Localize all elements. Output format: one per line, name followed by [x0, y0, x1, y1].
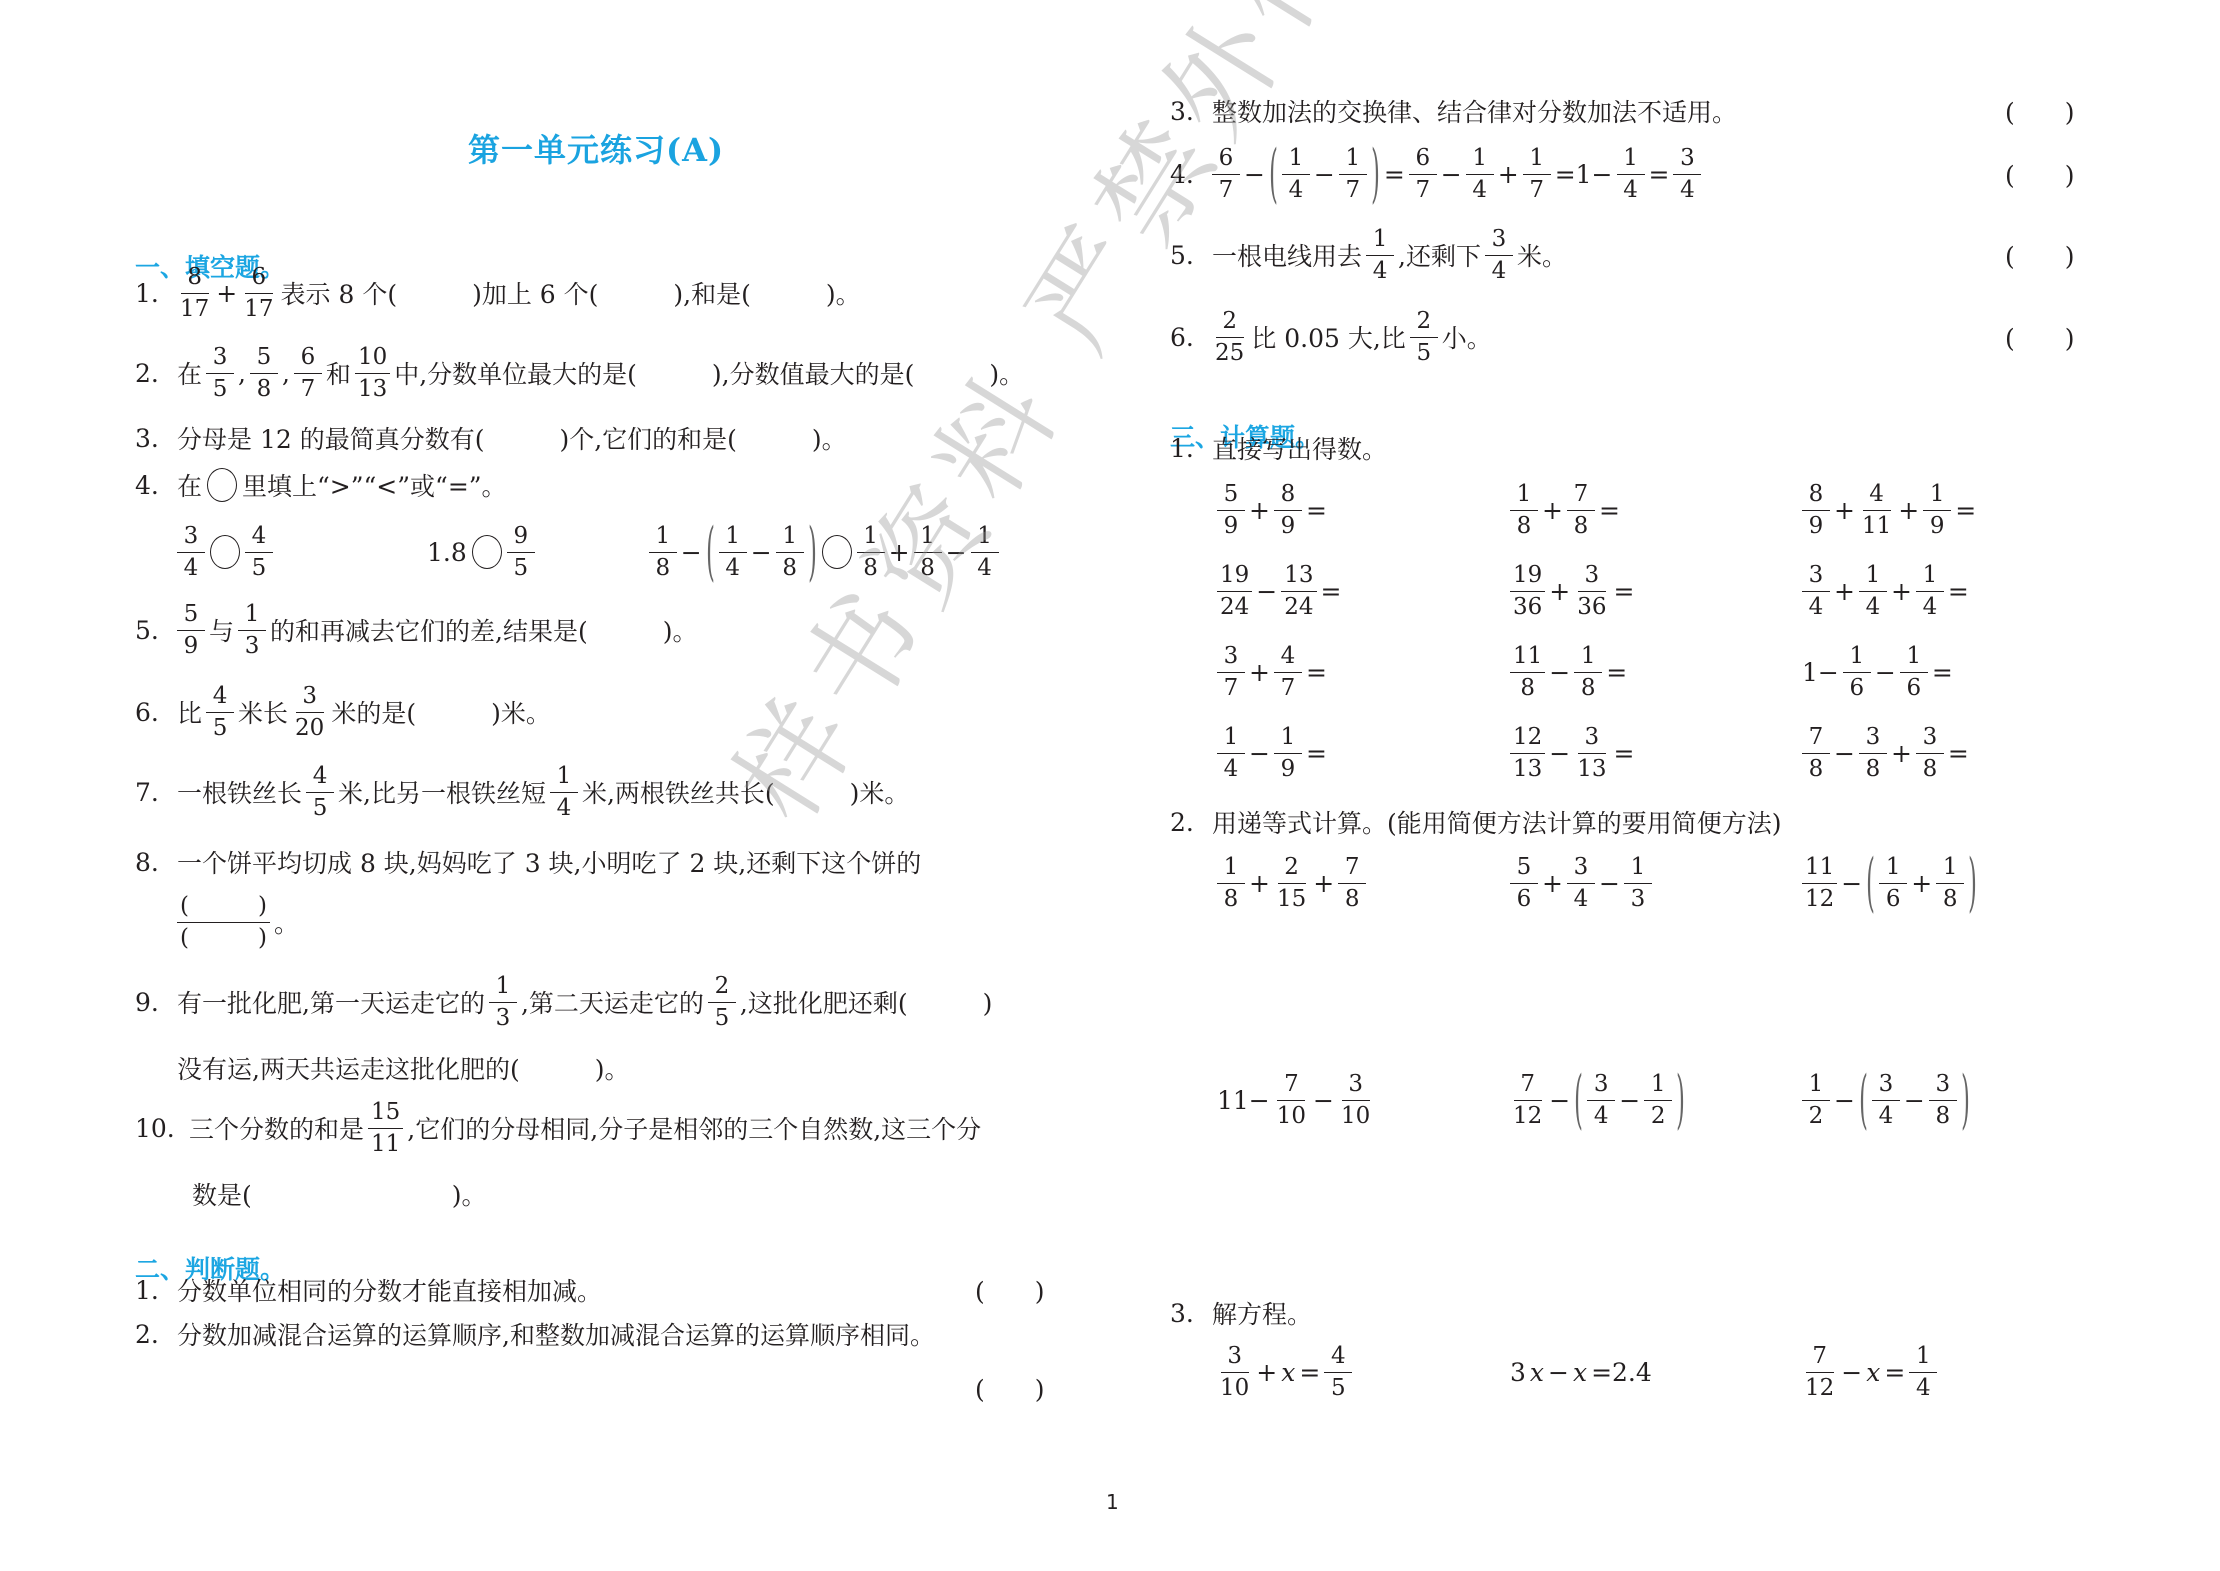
numerator: 1	[1909, 1341, 1937, 1373]
text-run: 里填上“>”“<”或“=”。	[242, 467, 507, 503]
denominator: 20	[292, 713, 327, 744]
fill-in-question: 5.59与13的和再减去它们的差,结果是( )。	[135, 598, 699, 662]
numerator: 9	[507, 521, 535, 553]
fraction: 18	[776, 521, 804, 584]
denominator: 9	[1278, 754, 1299, 785]
question-number: 2.	[1170, 808, 1210, 837]
denominator: 10	[1338, 1101, 1373, 1132]
text-run: +	[1549, 577, 1570, 606]
answer-bracket[interactable]: ( )	[2005, 223, 2075, 287]
denominator: 8	[1342, 884, 1363, 915]
fraction: 34	[1485, 224, 1513, 287]
fraction: 712	[1510, 1069, 1545, 1132]
numerator: 1	[1466, 143, 1494, 175]
numerator: 12	[1510, 722, 1545, 754]
numerator: 1	[1879, 852, 1907, 884]
question-number: 3.	[1170, 1299, 1210, 1328]
denominator: 13	[1510, 754, 1545, 785]
fraction: 34	[1587, 1069, 1615, 1132]
fraction: 14	[550, 761, 578, 824]
fraction: 34	[1872, 1069, 1900, 1132]
calc-expression: 1213−313=	[1508, 721, 1636, 785]
numerator: 2	[1410, 306, 1438, 338]
denominator: 4	[1591, 1101, 1612, 1132]
text-run: =	[1321, 577, 1342, 606]
answer-bracket[interactable]: ( )	[2005, 142, 2075, 206]
denominator: 9	[1221, 511, 1242, 542]
calc-expression: 34+14+14=	[1800, 559, 1971, 623]
text-run: x	[1530, 1358, 1544, 1387]
text-run: +	[1834, 577, 1855, 606]
fraction: 13	[238, 599, 266, 662]
text-run: 没有运,两天共运走这批化肥的( )。	[177, 1050, 629, 1086]
numerator: 3	[206, 342, 234, 374]
text-run: −	[1256, 577, 1277, 606]
numerator: 1	[1510, 479, 1538, 511]
fraction: 18	[649, 521, 677, 584]
question-number: 1.	[1170, 434, 1210, 463]
numerator: 1	[550, 761, 578, 793]
page-title: 第一单元练习(A)	[468, 125, 724, 171]
fraction: 14	[1859, 560, 1887, 623]
text-run: −	[1841, 869, 1862, 898]
fraction: 78	[1338, 852, 1366, 915]
fill-in-question: 9.有一批化肥,第一天运走它的13,第二天运走它的25,这批化肥还剩( )	[135, 970, 994, 1034]
numerator: 1	[1644, 1069, 1672, 1101]
denominator: 8	[1940, 884, 1961, 915]
right-paren: )	[1961, 1068, 1970, 1132]
numerator: 4	[1863, 479, 1891, 511]
numerator: 11	[1802, 852, 1837, 884]
denominator: 8	[917, 553, 938, 584]
text-run: +	[1249, 869, 1270, 898]
fill-in-question: 1.817+617表示 8 个( )加上 6 个( ),和是( )。	[135, 261, 863, 325]
denominator: 4	[1571, 884, 1592, 915]
numerator: 6	[245, 262, 273, 294]
text-run: 中,分数单位最大的是( ),分数值最大的是( )。	[394, 355, 1024, 391]
calc-expression: 56+34−13	[1508, 851, 1654, 915]
numerator: 3	[1217, 641, 1245, 673]
text-run: 米,比另一根铁丝短	[338, 774, 546, 810]
numerator: 3	[1916, 722, 1944, 754]
text-run: +	[1911, 869, 1932, 898]
fraction: 14	[1916, 560, 1944, 623]
question-number: 6.	[135, 698, 175, 727]
fraction: 19	[1274, 722, 1302, 785]
denominator: 8	[860, 553, 881, 584]
calc-expression: 37+47=	[1215, 640, 1329, 704]
fraction: 710	[1274, 1069, 1309, 1132]
text-run: +	[1891, 739, 1912, 768]
question-number: 1.	[135, 279, 175, 308]
fraction: 18	[1574, 641, 1602, 704]
text-run: 三个分数的和是	[189, 1110, 364, 1146]
numerator: 1	[1574, 641, 1602, 673]
text-run: =	[1306, 496, 1327, 525]
text-run: 米的是( )米。	[331, 694, 551, 730]
text-run: +	[1313, 869, 1334, 898]
denominator: 8	[1221, 884, 1242, 915]
answer-blank-fraction[interactable]: ( )( )	[177, 891, 270, 954]
denominator: 4	[1677, 175, 1698, 206]
text-run: =	[1948, 739, 1969, 768]
denominator: 5	[210, 713, 231, 744]
fraction: 215	[1274, 852, 1309, 915]
text-run: ,	[282, 359, 290, 388]
numerator: 1	[1274, 722, 1302, 754]
fraction: 59	[177, 599, 205, 662]
denominator: 13	[1574, 754, 1609, 785]
numerator: 5	[1510, 852, 1538, 884]
fraction: 1013	[355, 342, 390, 405]
denominator: 7	[298, 374, 319, 405]
fraction: 18	[1217, 852, 1245, 915]
fraction: 59	[1217, 479, 1245, 542]
fraction: 310	[1338, 1069, 1373, 1132]
denominator: 4	[1221, 754, 1242, 785]
denominator: 15	[1274, 884, 1309, 915]
right-paren: )	[808, 520, 817, 584]
fraction: 1924	[1217, 560, 1252, 623]
fraction: 14	[1282, 143, 1310, 206]
text-run: 。	[274, 904, 299, 940]
denominator: 7	[1216, 175, 1237, 206]
fraction: 67	[1409, 143, 1437, 206]
numerator: 1	[857, 521, 885, 553]
text-run: 用递等式计算。(能用简便方法计算的要用简便方法)	[1212, 804, 1782, 840]
numerator: 1	[649, 521, 677, 553]
denominator: 4	[1370, 256, 1391, 287]
numerator: 1	[1217, 722, 1245, 754]
denominator: 5	[310, 793, 331, 824]
numerator: 4	[245, 521, 273, 553]
fraction: 95	[507, 521, 535, 584]
numerator: 1	[1843, 641, 1871, 673]
text-run: +	[1542, 496, 1563, 525]
calc-expression: 118−18=	[1508, 640, 1629, 704]
question-number: 5.	[135, 616, 175, 645]
text-run: 直接写出得数。	[1212, 430, 1387, 466]
fraction: 1112	[1802, 852, 1837, 915]
numerator: 10	[355, 342, 390, 374]
text-run: −	[1549, 658, 1570, 687]
text-run: 一根铁丝长	[177, 774, 302, 810]
denominator: 12	[1510, 1101, 1545, 1132]
fraction: 18	[857, 521, 885, 584]
fraction: 320	[292, 681, 327, 744]
denominator: 17	[241, 294, 276, 325]
fraction: 16	[1843, 641, 1871, 704]
question-number: 2.	[135, 1320, 175, 1349]
numerator: 7	[1806, 1341, 1834, 1373]
fraction: 1324	[1281, 560, 1316, 623]
denominator: 8	[779, 553, 800, 584]
text-run: ,这批化肥还剩( )	[740, 984, 992, 1020]
page-number: 1	[1106, 1490, 1119, 1514]
question-number: 3.	[1170, 97, 1210, 126]
fill-in-question: 34451.89518−(14−18)18+18−14	[175, 520, 1001, 584]
text-run: −	[1599, 869, 1620, 898]
numerator: 1	[1936, 852, 1964, 884]
numerator: 7	[1338, 852, 1366, 884]
answer-bracket[interactable]: ( )	[975, 1356, 1045, 1420]
fraction: 38	[1916, 722, 1944, 785]
fill-in-question: 2.在35,58,67和1013中,分数单位最大的是( ),分数值最大的是( )…	[135, 341, 1026, 405]
answer-bracket[interactable]: ( )	[2005, 305, 2075, 369]
text-run: =	[1614, 739, 1635, 768]
question-number: 10.	[135, 1114, 187, 1143]
numerator: 1	[1617, 143, 1645, 175]
true-false-question: 6.225比 0.05 大,比25小。	[1170, 305, 1494, 369]
numerator: 13	[1281, 560, 1316, 592]
text-run: =	[1299, 1358, 1320, 1387]
fill-in-question: 数是( )。	[190, 1162, 489, 1226]
numerator: 4	[206, 681, 234, 713]
text-run: =	[1955, 496, 1976, 525]
numerator: 11	[1510, 641, 1545, 673]
text-run: 1−	[1802, 658, 1839, 687]
fraction: 45	[206, 681, 234, 744]
numerator: 1	[971, 521, 999, 553]
text-run: =	[1306, 739, 1327, 768]
fraction: 34	[177, 521, 205, 584]
numerator: 3	[1673, 143, 1701, 175]
text-run: +	[1498, 160, 1519, 189]
numerator: ( )	[177, 891, 270, 923]
fraction: 1213	[1510, 722, 1545, 785]
true-false-question: 2.分数加减混合运算的运算顺序,和整数加减混合运算的运算顺序相同。	[135, 1302, 937, 1366]
numerator: 19	[1217, 560, 1252, 592]
numerator: 3	[1802, 560, 1830, 592]
numerator: 3	[177, 521, 205, 553]
text-run: −	[1249, 739, 1270, 768]
text-run: =	[1306, 658, 1327, 687]
fraction: 45	[1324, 1341, 1352, 1404]
numerator: 1	[776, 521, 804, 553]
text-run: −	[1834, 739, 1855, 768]
fraction: 14	[719, 521, 747, 584]
text-run: 一个饼平均切成 8 块,妈妈吃了 3 块,小明吃了 2 块,还剩下这个饼的	[177, 844, 921, 880]
denominator: 8	[1920, 754, 1941, 785]
numerator: 3	[1578, 560, 1606, 592]
denominator: 2	[1648, 1101, 1669, 1132]
denominator: 6	[1847, 673, 1868, 704]
calc-expression: 18+215+78	[1215, 851, 1368, 915]
text-run: 数是( )。	[192, 1176, 487, 1212]
question-number: 1.	[135, 1276, 175, 1305]
true-false-question: 3.整数加法的交换律、结合律对分数加法不适用。	[1170, 79, 1739, 143]
fraction: 14	[971, 521, 999, 584]
numerator: 19	[1510, 560, 1545, 592]
fraction: 58	[250, 342, 278, 405]
numerator: 1	[1923, 479, 1951, 511]
text-run: +	[1256, 1358, 1277, 1387]
text-run: =1−	[1555, 160, 1613, 189]
text-run: −	[946, 538, 967, 567]
equation-expression: 3x−x=2.4	[1508, 1340, 1654, 1404]
denominator: 5	[1328, 1373, 1349, 1404]
numerator: 8	[1802, 479, 1830, 511]
text-run: 米。	[1517, 237, 1567, 273]
text-run: =	[1599, 496, 1620, 525]
fraction: 17	[1523, 143, 1551, 206]
text-run: =	[1884, 1358, 1905, 1387]
fraction: 336	[1574, 560, 1609, 623]
denominator: 5	[1413, 338, 1434, 369]
text-run: −	[1244, 160, 1265, 189]
left-paren: (	[1574, 1068, 1583, 1132]
text-run: −	[1314, 160, 1335, 189]
denominator: 8	[1517, 673, 1538, 704]
numerator: 3	[1221, 1341, 1249, 1373]
right-paren: )	[1968, 851, 1977, 915]
denominator: 6	[1903, 673, 1924, 704]
text-run: −	[1875, 658, 1896, 687]
text-run: 3	[1510, 1358, 1526, 1387]
fraction: 67	[1212, 143, 1240, 206]
denominator: 5	[510, 553, 531, 584]
fraction: 14	[1466, 143, 1494, 206]
numerator: 3	[1587, 1069, 1615, 1101]
calc-expression: 12−(34−38)	[1800, 1068, 1972, 1132]
numerator: 1	[489, 971, 517, 1003]
calc-question-direct: 1.直接写出得数。	[1170, 416, 1389, 480]
denominator: 11	[368, 1129, 403, 1160]
fraction: 712	[1802, 1341, 1837, 1404]
fraction: 38	[1859, 722, 1887, 785]
numerator: 3	[296, 681, 324, 713]
numerator: 3	[1485, 224, 1513, 256]
fraction: 34	[1567, 852, 1595, 915]
comparison-circle-blank[interactable]	[207, 468, 237, 502]
numerator: 6	[294, 342, 322, 374]
text-run: x	[1281, 1358, 1295, 1387]
fraction: 18	[1936, 852, 1964, 915]
denominator: 8	[254, 374, 275, 405]
equation-expression: 712−x=14	[1800, 1340, 1939, 1404]
numerator: 5	[1217, 479, 1245, 511]
denominator: 4	[1469, 175, 1490, 206]
text-run: ,它们的分母相同,分子是相邻的三个自然数,这三个分	[407, 1110, 981, 1146]
text-run: 米长	[238, 694, 288, 730]
true-false-question: 4.67−(14−17)=67−14+17=1−14=34	[1170, 142, 1703, 206]
text-run: x	[1573, 1358, 1587, 1387]
denominator: 4	[1286, 175, 1307, 206]
fraction: 34	[1673, 143, 1701, 206]
text-run: +	[216, 279, 237, 308]
fraction: 817	[177, 262, 212, 325]
numerator: 4	[306, 761, 334, 793]
comparison-circle-blank[interactable]	[822, 535, 852, 569]
answer-bracket[interactable]: ( )	[975, 1258, 1045, 1322]
numerator: 7	[1802, 722, 1830, 754]
denominator: 7	[1412, 175, 1433, 206]
fraction: 67	[294, 342, 322, 405]
denominator: 13	[355, 374, 390, 405]
fraction: 14	[1909, 1341, 1937, 1404]
question-number: 8.	[135, 848, 175, 877]
calc-question-stepwise: 2.用递等式计算。(能用简便方法计算的要用简便方法)	[1170, 790, 1784, 854]
text-run: +	[1249, 496, 1270, 525]
denominator: 4	[974, 553, 995, 584]
text-run: 1.8	[427, 538, 467, 567]
numerator: 2	[708, 971, 736, 1003]
numerator: 15	[368, 1097, 403, 1129]
fraction: 1511	[368, 1097, 403, 1160]
text-run: ,还剩下	[1398, 237, 1481, 273]
fill-in-question: 6.比45米长320米的是( )米。	[135, 680, 553, 744]
calc-expression: 712−(34−12)	[1508, 1068, 1687, 1132]
numerator: 6	[1409, 143, 1437, 175]
denominator: 8	[1933, 1101, 1954, 1132]
question-number: 9.	[135, 988, 175, 1017]
text-run: 分母是 12 的最简真分数有( )个,它们的和是( )。	[177, 420, 847, 456]
text-run: 11−	[1217, 1086, 1270, 1115]
calc-expression: 1936+336=	[1508, 559, 1636, 623]
text-run: =	[1932, 658, 1953, 687]
denominator: 3	[242, 631, 263, 662]
left-paren: (	[1859, 1068, 1868, 1132]
fraction: 38	[1929, 1069, 1957, 1132]
numerator: 7	[1277, 1069, 1305, 1101]
numerator: 1	[1282, 143, 1310, 175]
text-run: 米,两根铁丝共长( )米。	[582, 774, 909, 810]
numerator: 1	[1624, 852, 1652, 884]
answer-bracket[interactable]: ( )	[2005, 79, 2075, 143]
comparison-circle-blank[interactable]	[472, 535, 502, 569]
denominator: 5	[249, 553, 270, 584]
text-run: =	[1948, 577, 1969, 606]
denominator: 8	[1578, 673, 1599, 704]
comparison-circle-blank[interactable]	[210, 535, 240, 569]
denominator: 4	[181, 553, 202, 584]
text-run: 在	[177, 467, 202, 503]
numerator: 1	[1900, 641, 1928, 673]
denominator: 17	[177, 294, 212, 325]
fill-in-question: 10.三个分数的和是1511,它们的分母相同,分子是相邻的三个自然数,这三个分	[135, 1096, 983, 1160]
text-run: −	[1313, 1086, 1334, 1115]
denominator: 4	[1806, 592, 1827, 623]
denominator: 8	[1571, 511, 1592, 542]
true-false-question: 5.一根电线用去14,还剩下34米。	[1170, 223, 1569, 287]
denominator: 9	[1806, 511, 1827, 542]
text-run: =	[1614, 577, 1635, 606]
denominator: 4	[1489, 256, 1510, 287]
text-run: −	[1834, 1086, 1855, 1115]
denominator: 36	[1574, 592, 1609, 623]
question-number: 6.	[1170, 323, 1210, 352]
text-run: −	[1549, 1086, 1570, 1115]
calc-expression: 78−38+38=	[1800, 721, 1971, 785]
fraction: 313	[1574, 722, 1609, 785]
numerator: 3	[1929, 1069, 1957, 1101]
denominator: 25	[1212, 338, 1247, 369]
fraction: 56	[1510, 852, 1538, 915]
fraction: 13	[489, 971, 517, 1034]
fraction: 78	[1802, 722, 1830, 785]
fraction: 35	[206, 342, 234, 405]
question-number: 3.	[135, 424, 175, 453]
fill-in-question: 8.一个饼平均切成 8 块,妈妈吃了 3 块,小明吃了 2 块,还剩下这个饼的	[135, 830, 923, 894]
denominator: 7	[1221, 673, 1242, 704]
denominator: 9	[1278, 511, 1299, 542]
text-run: 分数加减混合运算的运算顺序,和整数加减混合运算的运算顺序相同。	[177, 1316, 935, 1352]
text-run: =	[1606, 658, 1627, 687]
text-run: +	[889, 538, 910, 567]
denominator: 8	[1514, 511, 1535, 542]
denominator: 4	[1863, 592, 1884, 623]
denominator: 11	[1859, 511, 1894, 542]
